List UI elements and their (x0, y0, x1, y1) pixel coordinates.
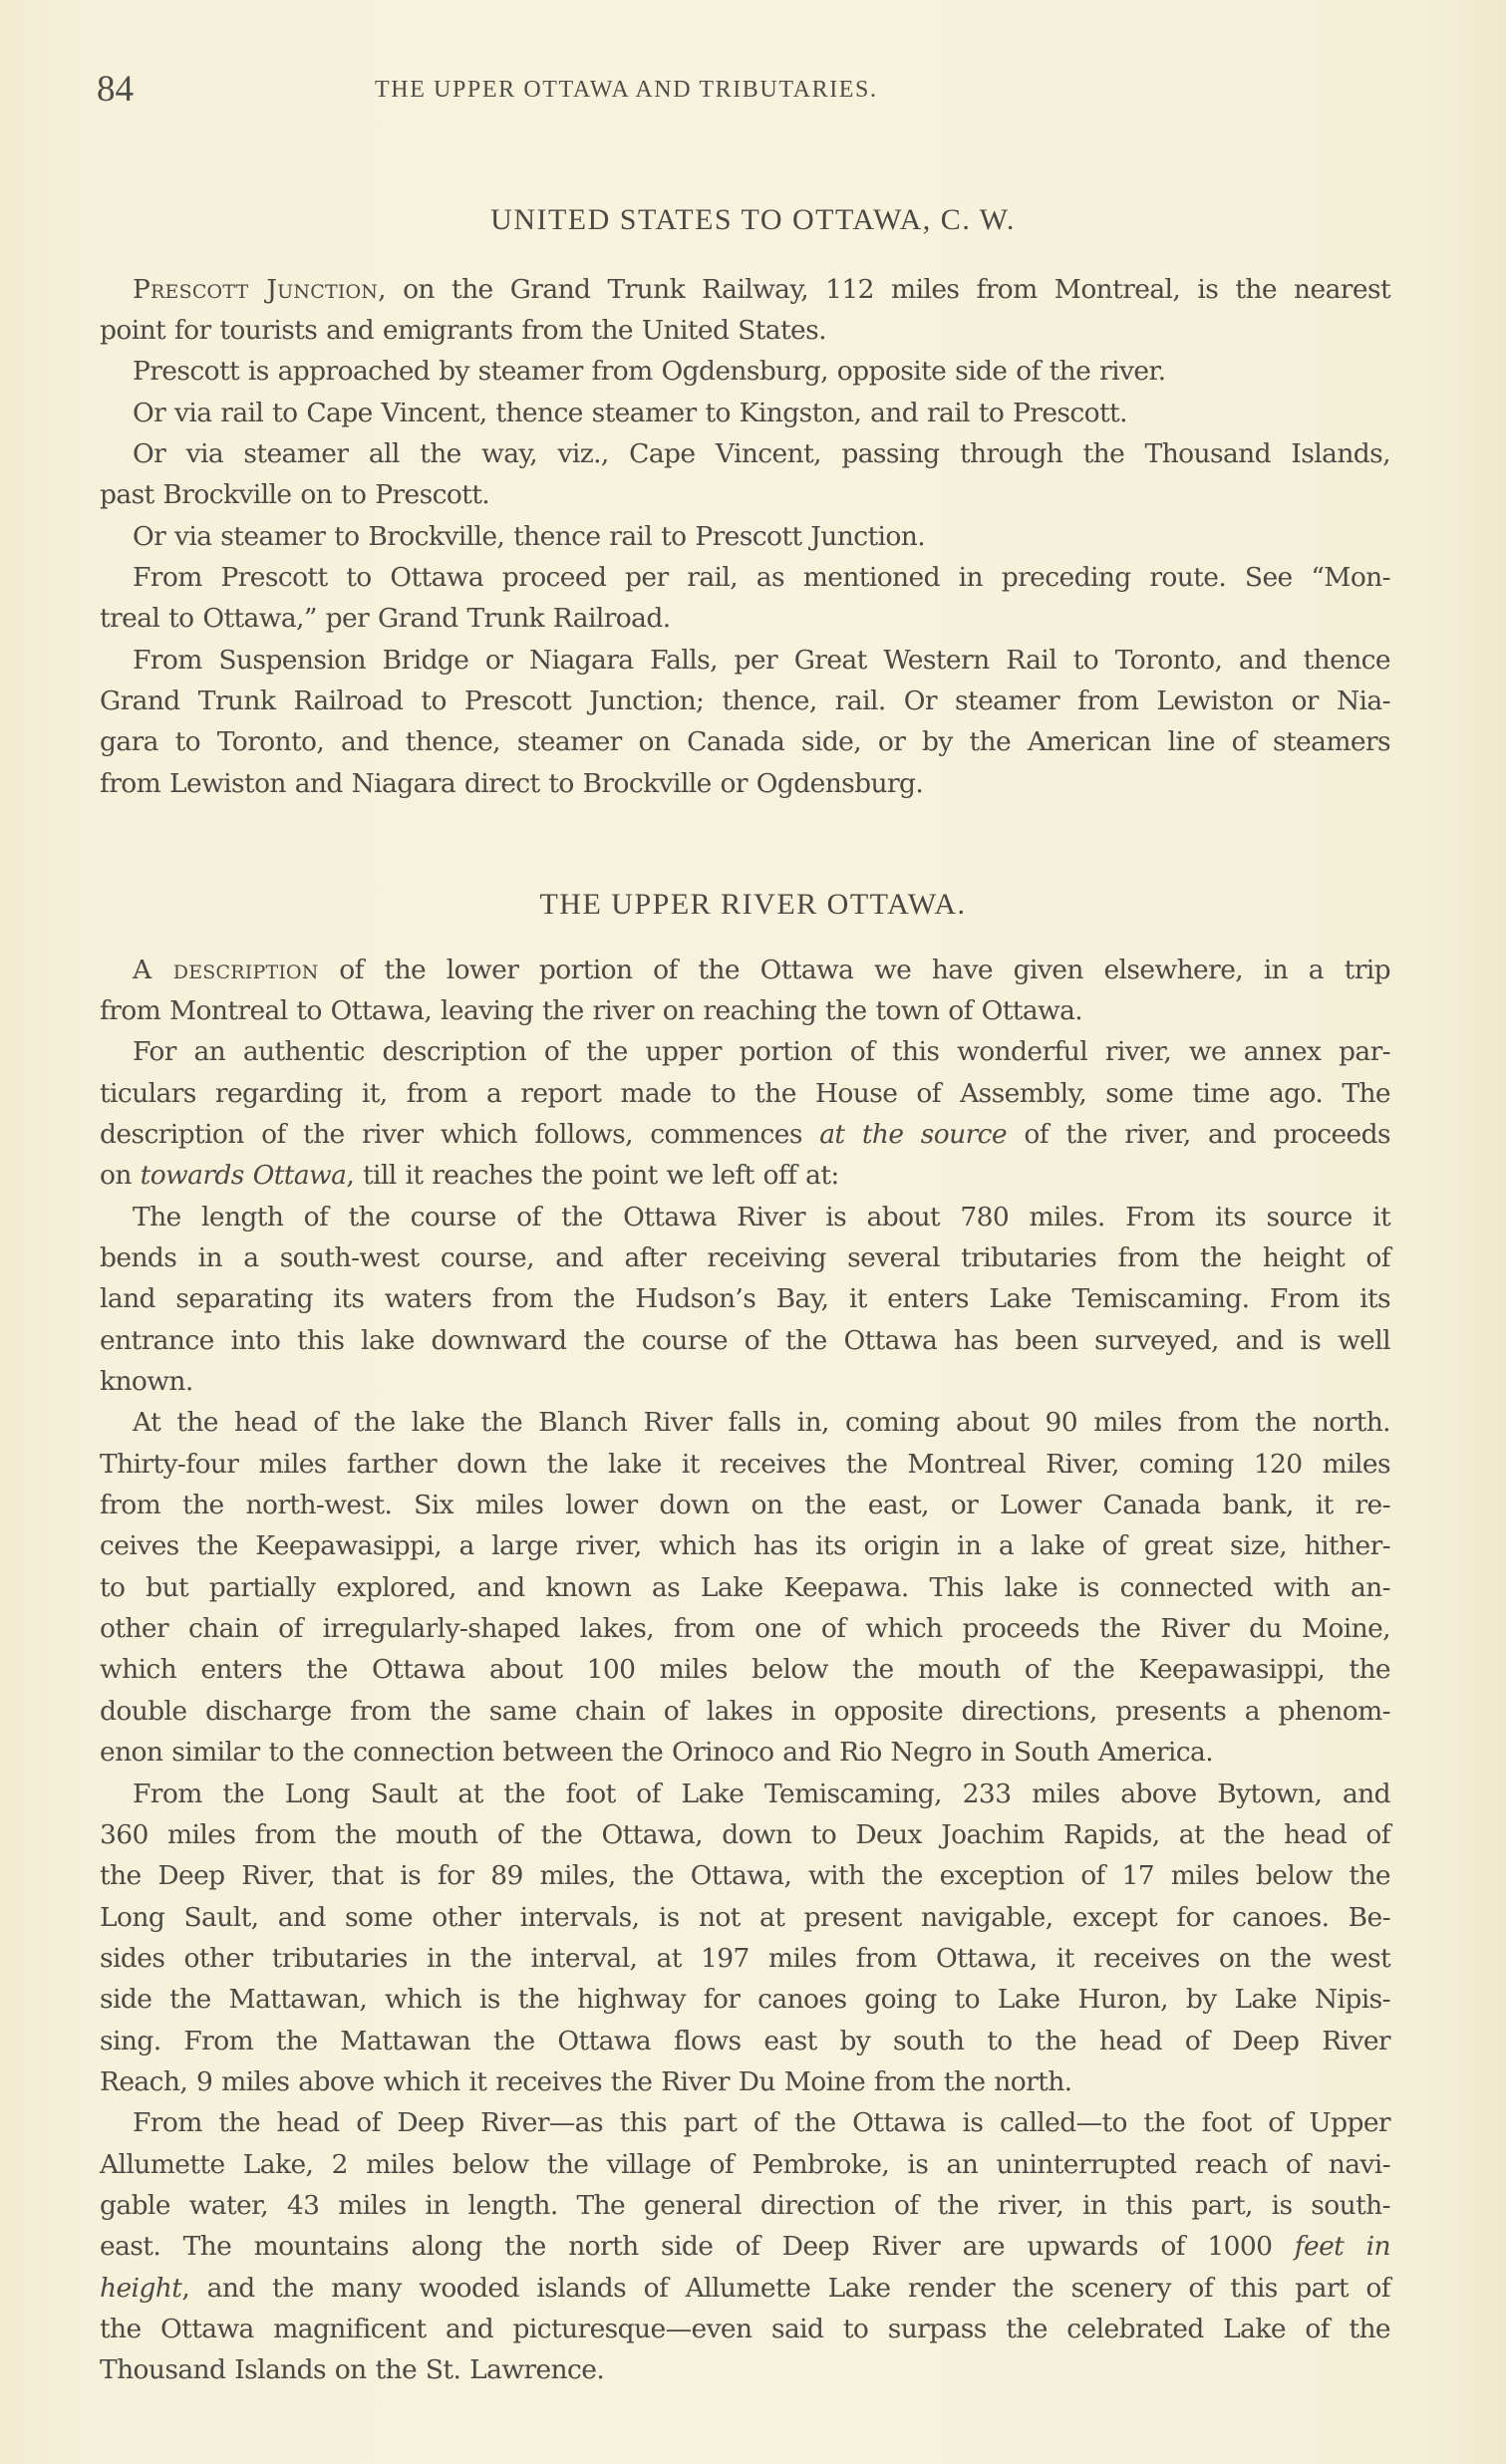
text-line: known. (100, 1361, 1390, 1402)
text-segment: east. The mountains along the north side… (100, 2231, 1295, 2262)
text-line: Prescott is approached by steamer from O… (133, 351, 1390, 392)
page-number: 84 (97, 68, 134, 112)
text-segment: bends in a south-west course, and after … (100, 1242, 1390, 1273)
text-line: from the north-west. Six miles lower dow… (100, 1485, 1390, 1525)
text-line: Thousand Islands on the St. Lawrence. (100, 2349, 1390, 2390)
text-segment: side the Mattawan, which is the highway … (100, 1984, 1390, 2015)
text-line: past Brockville on to Prescott. (100, 474, 1390, 515)
italic-text: towards Ottawa (141, 1160, 347, 1191)
text-segment: Prescott is approached by steamer from O… (133, 356, 1165, 387)
text-line: Long Sault, and some other intervals, is… (100, 1897, 1390, 1938)
text-segment: which enters the Ottawa about 100 miles … (100, 1654, 1390, 1685)
text-segment: From Prescott to Ottawa proceed per rail… (133, 562, 1390, 593)
text-segment: 360 miles from the mouth of the Ottawa, … (100, 1819, 1390, 1850)
text-segment: , on the Grand Trunk Railway, 112 miles … (378, 274, 1390, 305)
text-segment: At the head of the lake the Blanch River… (133, 1407, 1390, 1438)
text-line: The length of the course of the Ottawa R… (133, 1197, 1390, 1237)
text-line: other chain of irregularly-shaped lakes,… (100, 1608, 1390, 1649)
text-segment: known. (100, 1366, 193, 1397)
text-segment: point for tourists and emigrants from th… (100, 315, 826, 346)
text-segment: For an authentic description of the uppe… (133, 1036, 1390, 1067)
text-line: From the Long Sault at the foot of Lake … (133, 1774, 1390, 1814)
text-segment: other chain of irregularly-shaped lakes,… (100, 1613, 1390, 1644)
text-segment: enon similar to the connection between t… (100, 1737, 1213, 1768)
text-segment: entrance into this lake downward the cou… (100, 1325, 1390, 1356)
italic-text: feet in (1295, 2231, 1390, 2262)
text-segment: from Montreal to Ottawa, leaving the riv… (100, 995, 1082, 1026)
text-segment: the Deep River, that is for 89 miles, th… (100, 1860, 1390, 1891)
text-segment: Or via steamer to Brockville, thence rai… (133, 521, 925, 552)
text-line: ticulars regarding it, from a report mad… (100, 1073, 1390, 1114)
text-segment: Grand Trunk Railroad to Prescott Junctio… (100, 685, 1390, 716)
text-segment: Long Sault, and some other intervals, is… (100, 1902, 1390, 1933)
text-line: Or via steamer to Brockville, thence rai… (133, 516, 1390, 557)
text-line: to but partially explored, and known as … (100, 1567, 1390, 1608)
small-caps-text: Prescott Junction (133, 274, 378, 305)
text-segment: From the Long Sault at the foot of Lake … (133, 1779, 1390, 1809)
text-line: east. The mountains along the north side… (100, 2226, 1390, 2267)
text-segment: ceives the Keepawasippi, a large river, … (100, 1530, 1390, 1561)
text-line: Reach, 9 miles above which it receives t… (100, 2061, 1390, 2102)
text-segment: of the lower portion of the Ottawa we ha… (319, 955, 1390, 985)
running-head: THE UPPER OTTAWA AND TRIBUTARIES. (375, 74, 1112, 106)
small-caps-text: A description (133, 955, 319, 985)
text-line: bends in a south-west course, and after … (100, 1237, 1390, 1278)
text-line: A description of the lower portion of th… (133, 950, 1390, 990)
text-line: the Ottawa magnificent and picturesque—e… (100, 2309, 1390, 2349)
text-segment: description of the river which follows, … (100, 1119, 819, 1150)
text-segment: From Suspension Bridge or Niagara Falls,… (133, 645, 1390, 676)
text-segment: land separating its waters from the Huds… (100, 1283, 1390, 1314)
text-line: the Deep River, that is for 89 miles, th… (100, 1855, 1390, 1896)
text-line: Or via steamer all the way, viz., Cape V… (133, 433, 1390, 474)
text-segment: , and the many wooded islands of Allumet… (181, 2273, 1390, 2304)
text-line: From Prescott to Ottawa proceed per rail… (133, 557, 1390, 598)
text-line: Or via rail to Cape Vincent, thence stea… (133, 393, 1390, 433)
text-line: from Montreal to Ottawa, leaving the riv… (100, 990, 1390, 1031)
text-segment: Reach, 9 miles above which it receives t… (100, 2066, 1072, 2097)
text-segment: treal to Ottawa,” per Grand Trunk Railro… (100, 603, 671, 634)
text-segment: from Lewiston and Niagara direct to Broc… (100, 768, 923, 799)
text-line: land separating its waters from the Huds… (100, 1278, 1390, 1319)
text-line: on towards Ottawa, till it reaches the p… (100, 1155, 1390, 1196)
section-title-united-states-to-ottawa: UNITED STATES TO OTTAWA, C. W. (0, 200, 1506, 240)
text-segment: the Ottawa magnificent and picturesque—e… (100, 2314, 1390, 2344)
text-line: Allumette Lake, 2 miles below the villag… (100, 2144, 1390, 2185)
text-line: For an authentic description of the uppe… (133, 1031, 1390, 1072)
text-segment: sides other tributaries in the interval,… (100, 1943, 1390, 1974)
text-line: gable water, 43 miles in length. The gen… (100, 2185, 1390, 2226)
text-line: from Lewiston and Niagara direct to Broc… (100, 763, 1390, 804)
text-segment: Or via steamer all the way, viz., Cape V… (133, 438, 1390, 469)
text-segment: ticulars regarding it, from a report mad… (100, 1078, 1390, 1109)
text-segment: Or via rail to Cape Vincent, thence stea… (133, 398, 1127, 428)
text-line: which enters the Ottawa about 100 miles … (100, 1649, 1390, 1690)
text-segment: to but partially explored, and known as … (100, 1572, 1390, 1603)
text-line: entrance into this lake downward the cou… (100, 1320, 1390, 1361)
section-title-upper-river-ottawa: THE UPPER RIVER OTTAWA. (0, 885, 1506, 925)
text-segment: from the north-west. Six miles lower dow… (100, 1490, 1390, 1520)
text-line: enon similar to the connection between t… (100, 1732, 1390, 1773)
text-line: side the Mattawan, which is the highway … (100, 1979, 1390, 2020)
italic-text: height (100, 2273, 181, 2304)
text-segment: Thirty-four miles farther down the lake … (100, 1449, 1390, 1480)
text-line: At the head of the lake the Blanch River… (133, 1402, 1390, 1443)
italic-text: at the source (819, 1119, 1007, 1150)
text-line: From Suspension Bridge or Niagara Falls,… (133, 640, 1390, 681)
text-segment: From the head of Deep River—as this part… (133, 2107, 1390, 2138)
text-line: treal to Ottawa,” per Grand Trunk Railro… (100, 598, 1390, 639)
text-segment: on (100, 1160, 141, 1191)
text-segment: gable water, 43 miles in length. The gen… (100, 2190, 1390, 2221)
text-line: point for tourists and emigrants from th… (100, 310, 1390, 351)
text-line: ceives the Keepawasippi, a large river, … (100, 1525, 1390, 1566)
text-segment: Thousand Islands on the St. Lawrence. (100, 2354, 604, 2385)
text-line: height, and the many wooded islands of A… (100, 2268, 1390, 2309)
text-line: description of the river which follows, … (100, 1114, 1390, 1155)
text-segment: , till it reaches the point we left off … (346, 1160, 838, 1191)
text-segment: The length of the course of the Ottawa R… (133, 1202, 1390, 1232)
text-line: sing. From the Mattawan the Ottawa flows… (100, 2021, 1390, 2061)
text-line: sides other tributaries in the interval,… (100, 1938, 1390, 1979)
text-line: Prescott Junction, on the Grand Trunk Ra… (133, 269, 1390, 310)
text-line: gara to Toronto, and thence, steamer on … (100, 721, 1390, 762)
text-segment: double discharge from the same chain of … (100, 1696, 1390, 1727)
text-segment: Allumette Lake, 2 miles below the villag… (100, 2149, 1390, 2180)
text-segment: of the river, and proceeds (1007, 1119, 1390, 1150)
text-segment: gara to Toronto, and thence, steamer on … (100, 726, 1390, 757)
text-line: Thirty-four miles farther down the lake … (100, 1444, 1390, 1485)
text-line: 360 miles from the mouth of the Ottawa, … (100, 1814, 1390, 1855)
text-segment: sing. From the Mattawan the Ottawa flows… (100, 2026, 1390, 2056)
text-line: From the head of Deep River—as this part… (133, 2102, 1390, 2143)
text-segment: past Brockville on to Prescott. (100, 479, 489, 510)
text-line: double discharge from the same chain of … (100, 1691, 1390, 1732)
text-line: Grand Trunk Railroad to Prescott Junctio… (100, 681, 1390, 721)
